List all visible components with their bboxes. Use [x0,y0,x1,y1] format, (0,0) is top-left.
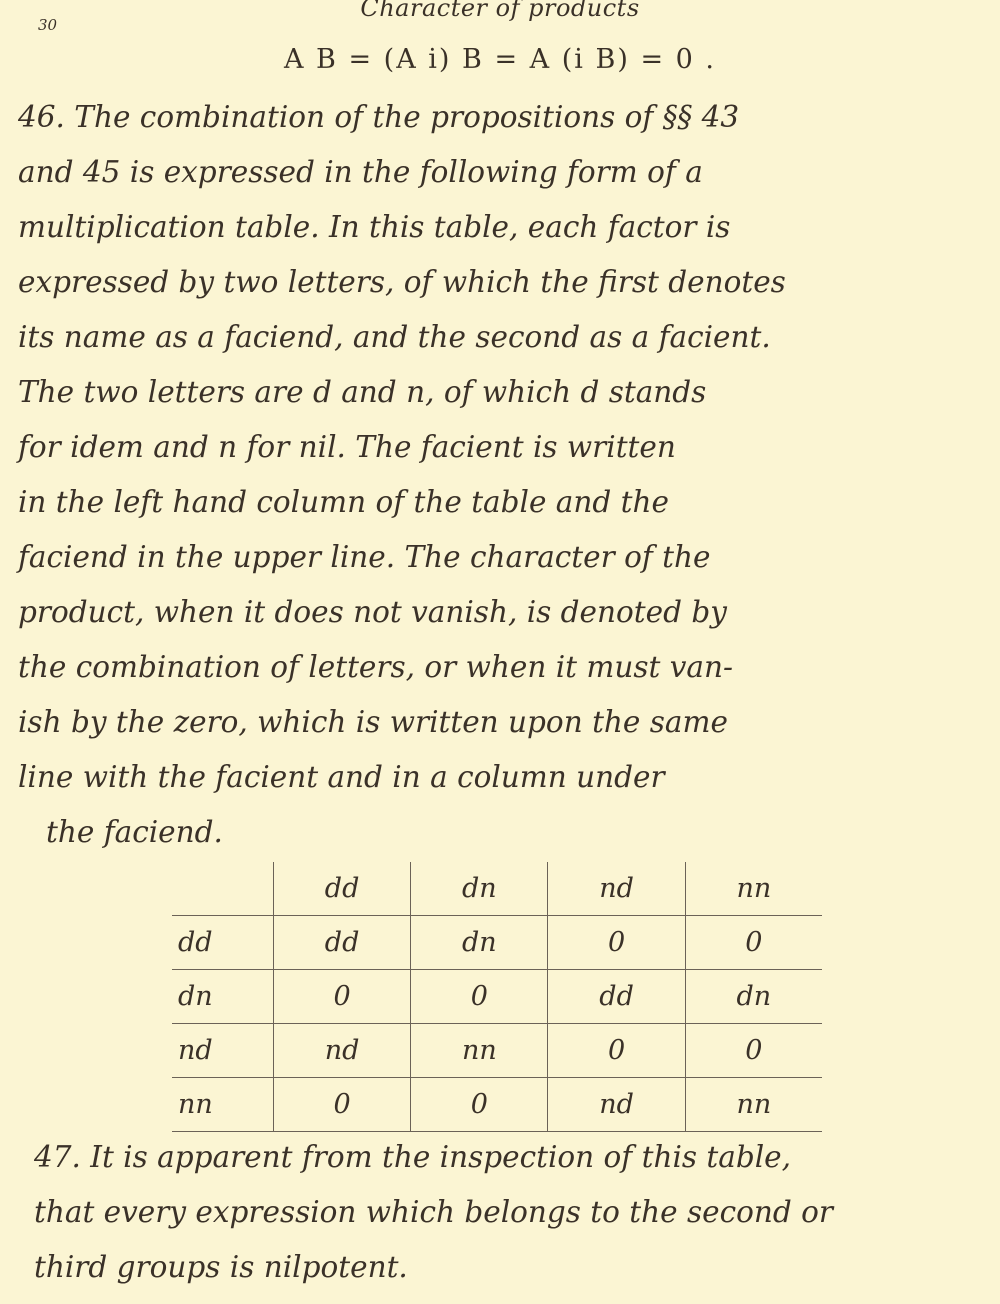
text-line: multiplication table. In this table, eac… [18,200,978,255]
row-header: nn [172,1078,273,1132]
text-line: the combination of letters, or when it m… [18,640,978,695]
text-line: that every expression which belongs to t… [18,1185,978,1240]
table-row: nd nd nn 0 0 [172,1024,822,1078]
corner-cell [172,862,273,916]
table-header-row: dd dn nd nn [172,862,822,916]
text-line: its name as a faciend, and the second as… [18,310,978,365]
text-line: line with the facient and in a column un… [18,750,978,805]
table-cell: 0 [548,916,685,970]
text-line: third groups is nilpotent. [18,1240,978,1295]
text-line: The two letters are d and n, of which d … [18,365,978,420]
text-line: the faciend. [18,805,978,860]
text-line: product, when it does not vanish, is den… [18,585,978,640]
running-head: Character of products [0,0,1000,22]
formula: A B = (A i) B = A (i B) = 0 . [0,44,1000,75]
text-line: ish by the zero, which is written upon t… [18,695,978,750]
table-cell: nd [548,1078,685,1132]
table-cell: 0 [548,1024,685,1078]
table-cell: 0 [685,916,822,970]
text-line: 47. It is apparent from the inspection o… [18,1130,978,1185]
text-line: expressed by two letters, of which the f… [18,255,978,310]
row-header: nd [172,1024,273,1078]
column-header: dn [411,862,548,916]
column-header: nd [548,862,685,916]
table-cell: 0 [273,1078,410,1132]
table-cell: nn [685,1078,822,1132]
table-cell: nd [273,1024,410,1078]
column-header: nn [685,862,822,916]
column-header: dd [273,862,410,916]
text-line: for idem and n for nil. The facient is w… [18,420,978,475]
table-cell: 0 [273,970,410,1024]
text-line: faciend in the upper line. The character… [18,530,978,585]
multiplication-table: dd dn nd nn dd dd dn 0 0 dn 0 0 dd dn nd… [172,862,822,1132]
text-line: in the left hand column of the table and… [18,475,978,530]
table-row: dn 0 0 dd dn [172,970,822,1024]
row-header: dn [172,970,273,1024]
table-cell: dd [273,916,410,970]
table-cell: nn [411,1024,548,1078]
table-row: dd dd dn 0 0 [172,916,822,970]
table-cell: dn [411,916,548,970]
table-cell: dd [548,970,685,1024]
table-cell: 0 [685,1024,822,1078]
section-47-paragraph: 47. It is apparent from the inspection o… [18,1130,978,1295]
text-line: and 45 is expressed in the following for… [18,145,978,200]
table-cell: 0 [411,970,548,1024]
table-cell: dn [685,970,822,1024]
text-line: 46. The combination of the propositions … [18,90,978,145]
table-row: nn 0 0 nd nn [172,1078,822,1132]
row-header: dd [172,916,273,970]
section-46-paragraph: 46. The combination of the propositions … [18,90,978,860]
table-cell: 0 [411,1078,548,1132]
